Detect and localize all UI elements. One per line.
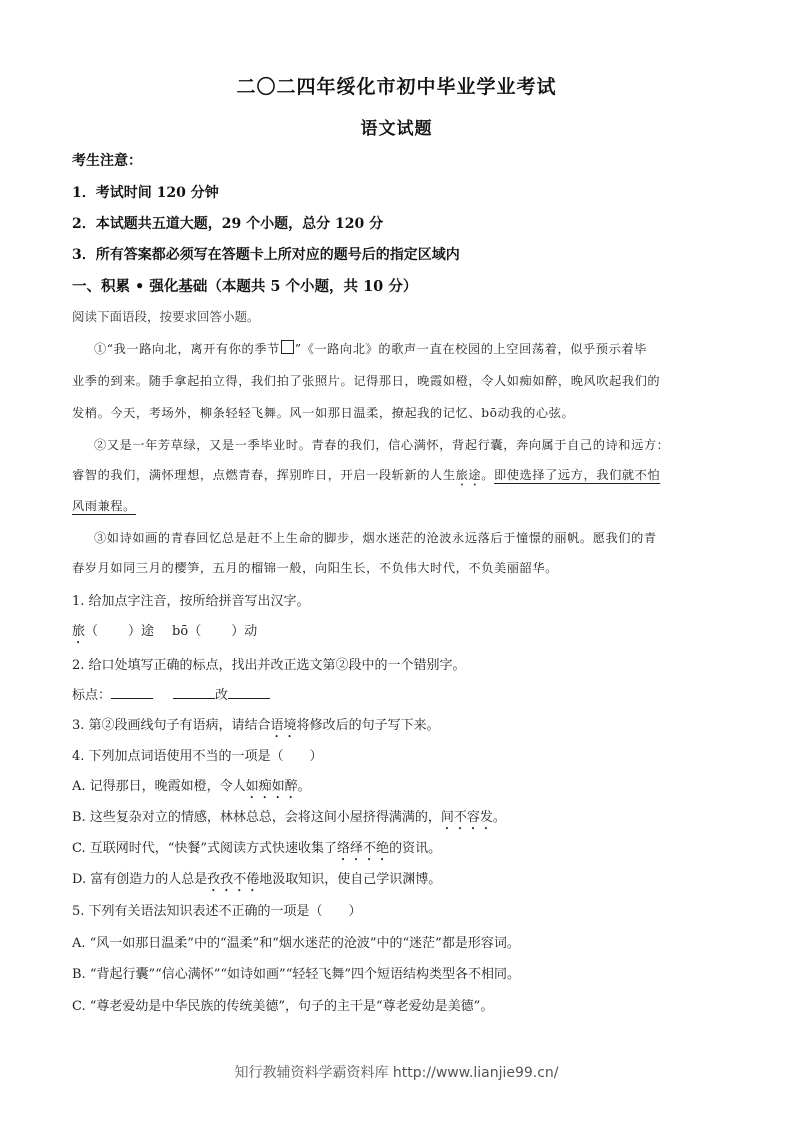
exam-subtitle: 语文试题 xyxy=(0,114,793,139)
q4-c-text: C. 互联网时代，“快餐”式阅读方式快速收集了 xyxy=(72,841,337,856)
passage-p3-line2: 春岁月如同三月的樱笋，五月的榴锦一般，向阳生长，不负伟大时代，不负美丽韶华。 xyxy=(72,559,558,576)
q2-label: 标点： xyxy=(72,688,111,703)
q1-b-close: ）动 xyxy=(231,624,257,639)
passage-p1-line2: 业季的到来。随手拿起拍立得，我们拍了张照片。记得那日，晚霞如橙，令人如痴如醉，晚… xyxy=(72,372,660,389)
dotted-word-yujing: 语境 xyxy=(271,718,297,733)
q5-option-a[interactable]: A. “风一如那日温柔”中的“温柔”和“烟水迷茫的沧波”中的“迷茫”都是形容词。 xyxy=(72,932,520,951)
punctuation-blank-box xyxy=(281,340,294,354)
notice-item-1: 1．考试时间 120 分钟 xyxy=(72,182,219,202)
question-3-prompt: 3. 第②段画线句子有语病，请结合语境将修改后的句子写下来。 xyxy=(72,714,440,741)
passage-p1-line1: ①“我一路向北，离开有你的季节”《一路向北》的歌声一直在校园的上空回荡着，似乎预… xyxy=(94,340,647,357)
passage-p1-text-a: ①“我一路向北，离开有你的季节 xyxy=(94,342,280,356)
exam-page: 二〇二四年绥化市初中毕业学业考试 语文试题 考生注意： 1．考试时间 120 分… xyxy=(0,0,793,1122)
footer-watermark: 知行教辅资料学霸资料库 http://www.lianjie99.cn/ xyxy=(0,1062,793,1082)
question-4-prompt: 4. 下列加点词语使用不当的一项是（ ） xyxy=(72,745,323,764)
q4-d-dotted: 孜孜不倦 xyxy=(207,872,259,887)
passage-p2-text-a: 睿智的我们，满怀理想，点燃青春，挥别昨日，开启一段斩新的人生 xyxy=(72,468,456,482)
question-2-answers: 标点：改 xyxy=(72,684,270,703)
q2-correct-char-blank[interactable] xyxy=(228,686,270,699)
q3-text-b: 将修改后的句子写下来。 xyxy=(297,718,440,733)
passage-p1-line3: 发梢。今天，考场外，柳条轻轻飞舞。风一如那日温柔，撩起我的记忆、bō动我的心弦。 xyxy=(72,404,574,421)
q3-text-a: 3. 第②段画线句子有语病，请结合 xyxy=(72,718,271,733)
section-instruction: 阅读下面语段，按要求回答小题。 xyxy=(72,307,260,325)
q2-change-label: 改 xyxy=(215,688,228,703)
question-1-answers: 旅（）途bō（）动 xyxy=(72,620,257,647)
q2-wrong-char-blank[interactable] xyxy=(173,686,215,699)
passage-p2-line1: ②又是一年芳草绿，又是一季毕业时。青春的我们，信心满怀，背起行囊，奔向属于自己的… xyxy=(94,436,669,453)
q4-a-dotted: 如痴如醉 xyxy=(246,779,298,794)
q4-b-end: 。 xyxy=(493,810,506,825)
q4-option-c[interactable]: C. 互联网时代，“快餐”式阅读方式快速收集了络绎不绝的资讯。 xyxy=(72,837,441,864)
q4-b-text: B. 这些复杂对立的情感，林林总总，会将这间小屋挤得满满的， xyxy=(72,810,441,825)
section-heading: 一、积累 • 强化基础（本题共 5 个小题，共 10 分） xyxy=(72,275,417,296)
q4-b-dotted: 间不容发 xyxy=(441,810,493,825)
passage-p2-text-b: 。 xyxy=(481,468,494,482)
q1-b-open: （ xyxy=(188,624,201,639)
q1-a-open: （ xyxy=(85,624,98,639)
question-2-prompt: 2. 给口处填写正确的标点，找出并改正选文第②段中的一个错别字。 xyxy=(72,654,466,673)
exam-title: 二〇二四年绥化市初中毕业学业考试 xyxy=(0,72,793,99)
passage-p2-line3: 风雨兼程。 xyxy=(72,497,136,514)
passage-p3-line1: ③如诗如画的青春回忆总是赶不上生命的脚步，烟水迷茫的沧波永远落后于憧憬的丽帆。愿… xyxy=(94,529,657,546)
question-1-prompt: 1. 给加点字注音，按所给拼音写出汉字。 xyxy=(72,590,310,609)
q4-d-text: D. 富有创造力的人总是 xyxy=(72,872,207,887)
q5-option-c[interactable]: C. “尊老爱幼是中华民族的传统美德”，句子的主干是“尊老爱幼是美德”。 xyxy=(72,995,493,1014)
q1-a-close: ）途 xyxy=(128,624,154,639)
dotted-char-lv: 旅 xyxy=(72,624,85,639)
underlined-sentence-part1: 即使选择了远方，我们就不怕 xyxy=(494,468,660,482)
q5-option-b[interactable]: B. “背起行囊”“信心满怀”“如诗如画”“轻轻飞舞”四个短语结构类型各不相同。 xyxy=(72,963,520,982)
notice-item-3: 3．所有答案都必须写在答题卡上所对应的题号后的指定区域内 xyxy=(72,244,460,264)
passage-p2-line2: 睿智的我们，满怀理想，点燃青春，挥别昨日，开启一段斩新的人生旅途。即使选择了远方… xyxy=(72,466,660,489)
passage-p1-text-b: ”《一路向北》的歌声一直在校园的上空回荡着，似乎预示着毕 xyxy=(295,342,647,356)
q4-c-dotted: 络绎不绝 xyxy=(337,841,389,856)
q4-a-end: 。 xyxy=(298,779,311,794)
q4-option-d[interactable]: D. 富有创造力的人总是孜孜不倦地汲取知识，使自己学识渊博。 xyxy=(72,868,441,895)
q1-b-pinyin: bō xyxy=(172,624,188,639)
q2-punctuation-blank[interactable] xyxy=(111,686,153,699)
q4-option-b[interactable]: B. 这些复杂对立的情感，林林总总，会将这间小屋挤得满满的，间不容发。 xyxy=(72,806,506,833)
q4-option-a[interactable]: A. 记得那日，晚霞如橙，令人如痴如醉。 xyxy=(72,775,311,802)
q4-d-end: 地汲取知识，使自己学识渊博。 xyxy=(259,872,441,887)
question-5-prompt: 5. 下列有关语法知识表述不正确的一项是（ ） xyxy=(72,900,362,919)
notice-heading: 考生注意： xyxy=(72,150,142,170)
dotted-word-lutu: 旅途 xyxy=(456,468,482,482)
q4-a-text: A. 记得那日，晚霞如橙，令人 xyxy=(72,779,246,794)
underlined-sentence-part2: 风雨兼程。 xyxy=(72,499,136,513)
notice-item-2: 2．本试题共五道大题，29 个小题，总分 120 分 xyxy=(72,213,383,233)
q4-c-end: 的资讯。 xyxy=(389,841,441,856)
